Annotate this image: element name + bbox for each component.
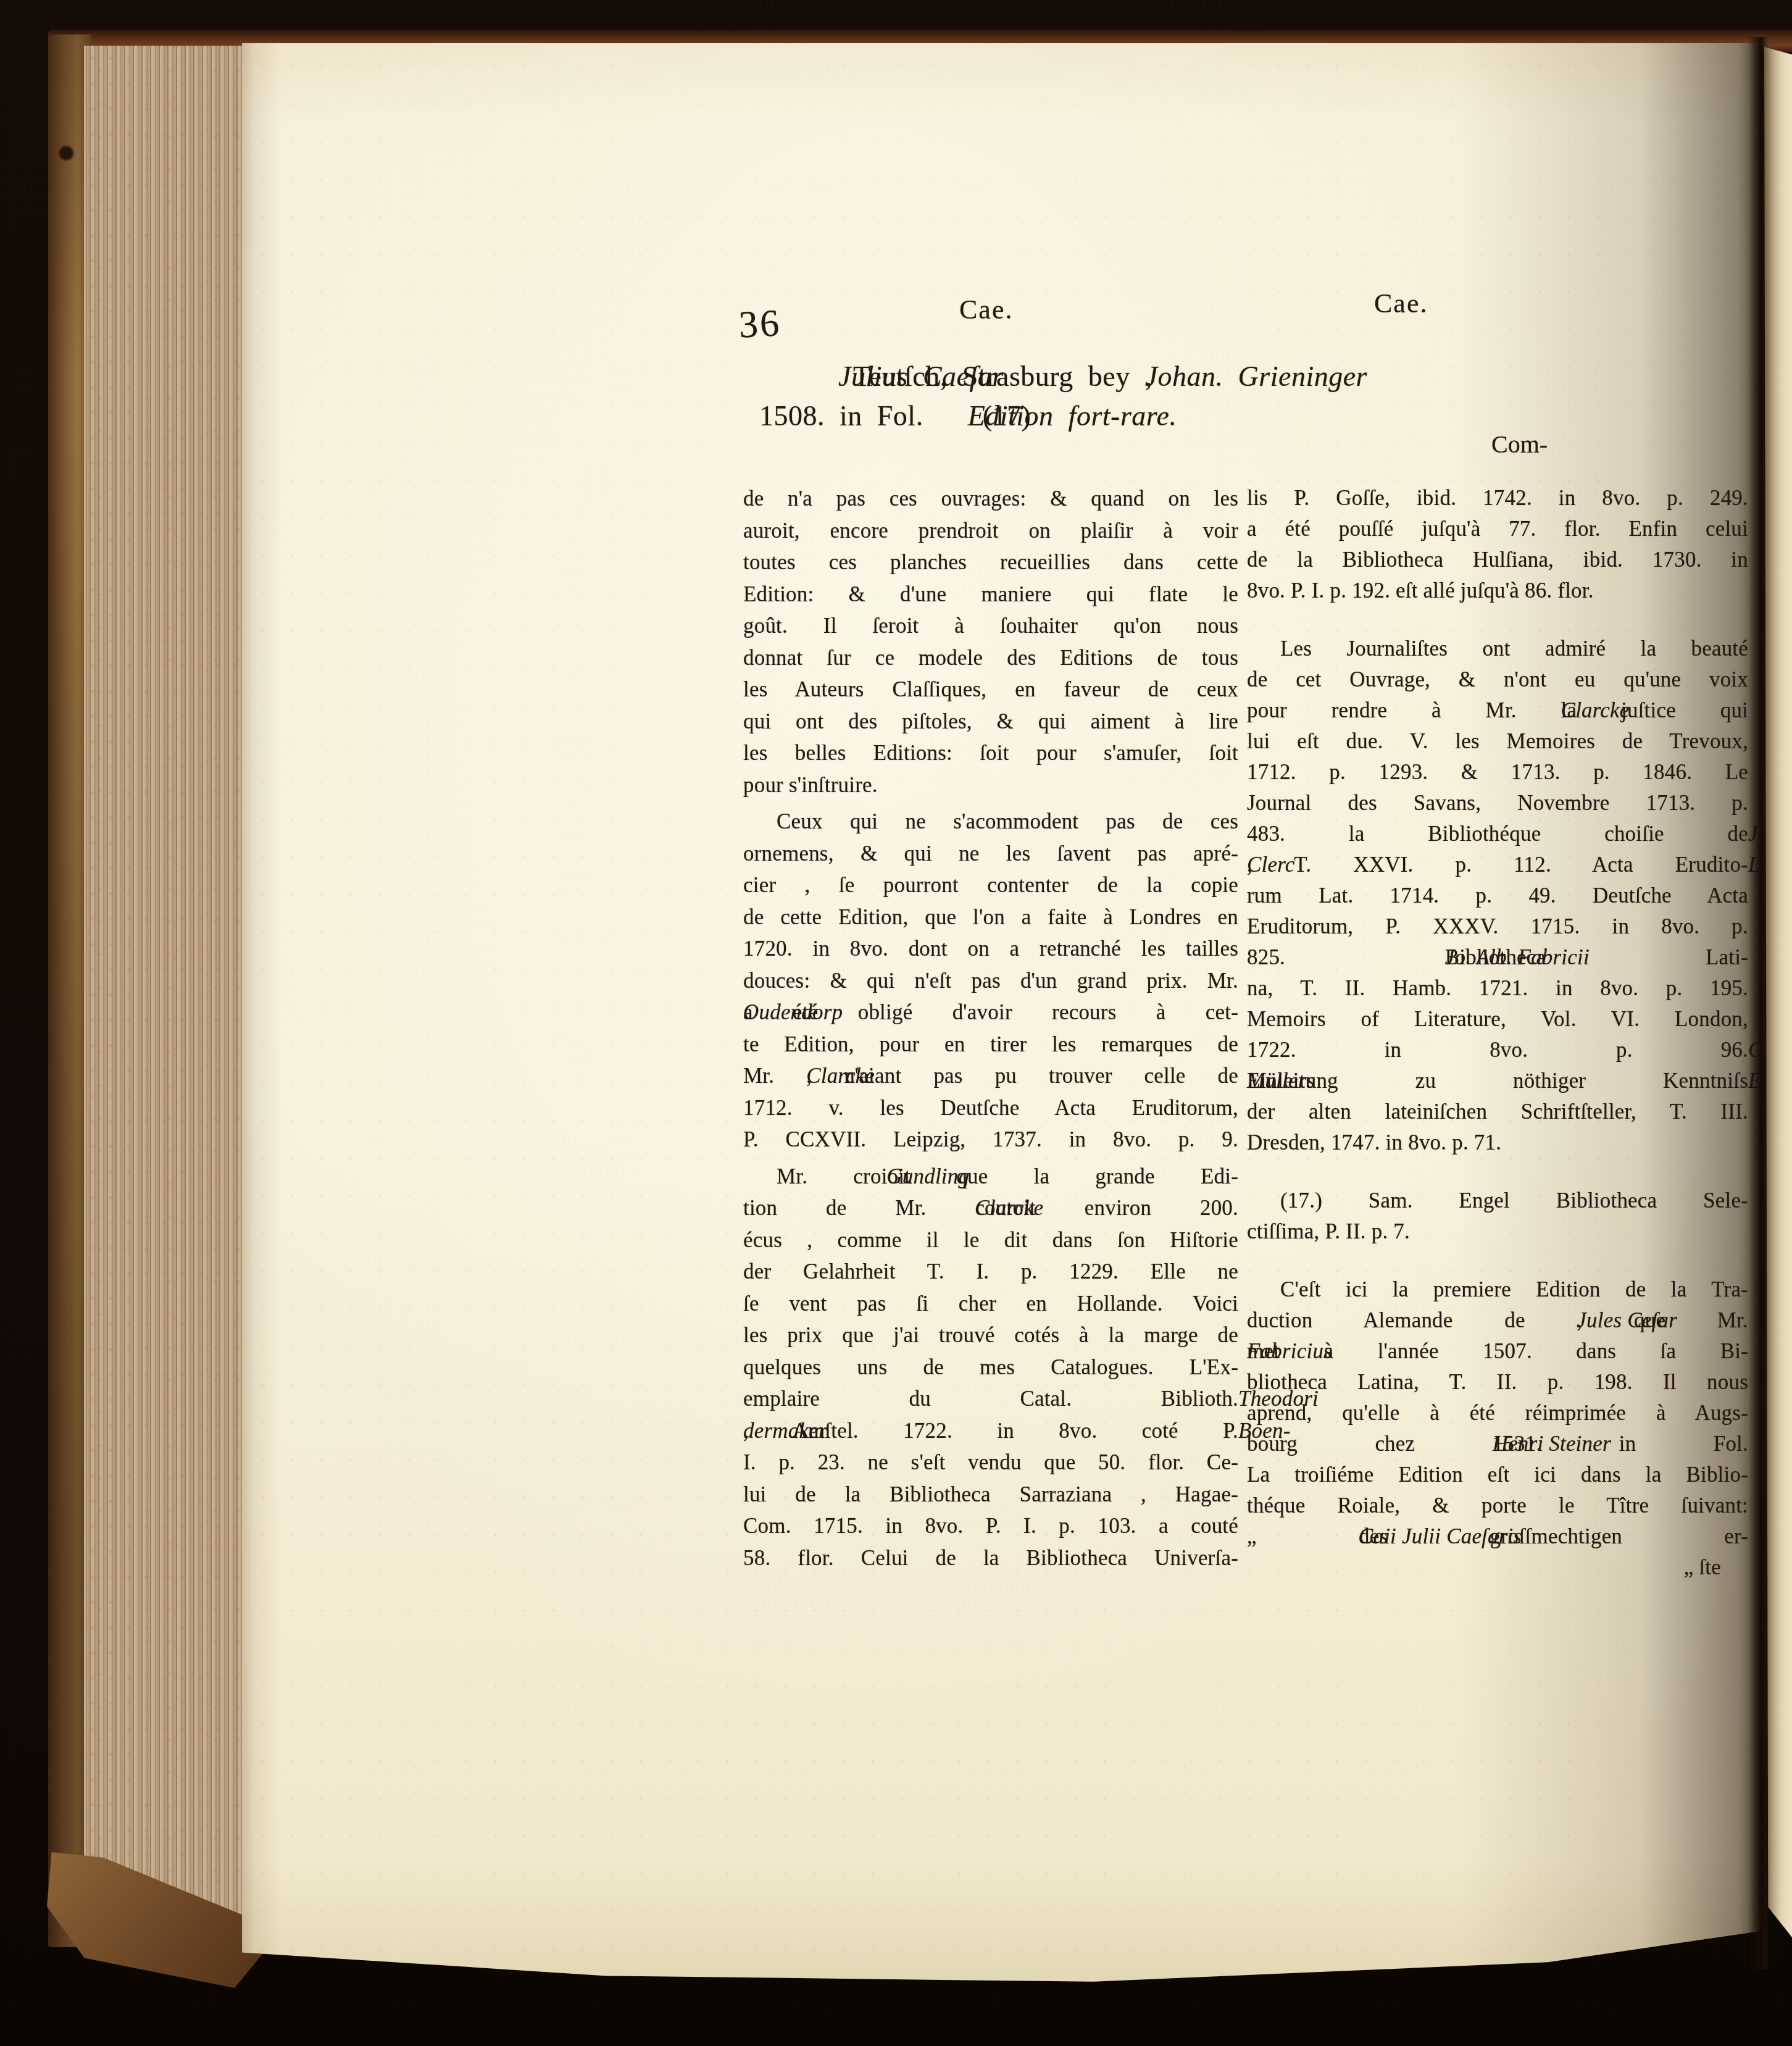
text-line: Memoirs of Literature, Vol. VI. London, [1247, 1004, 1748, 1035]
text-line: de n'a pas ces ouvrages: & quand on les [743, 483, 1238, 515]
entry-title-line-2: 1508. in Fol. Edition fort-rare. (17) [759, 396, 1792, 436]
entry-title-line-1: Julius Caeſar Teutſch, Strasburg bey Joh… [759, 357, 1792, 396]
text-line: bliotheca Latina, T. II. p. 198. Il nous [1247, 1367, 1748, 1398]
text-line: Journal des Savans, Novembre 1713. p. [1247, 788, 1748, 819]
text-line: a été pouſſé juſqu'à 77. flor. Enfin cel… [1247, 514, 1748, 545]
text-line: P. CCXVII. Leipzig, 1737. in 8vo. p. 9. [743, 1124, 1238, 1156]
text-line: Edition: & d'une maniere qui flate le [743, 578, 1238, 611]
text-line: lui eſt due. V. les Memoires de Trevoux, [1247, 726, 1748, 757]
text-line: Mr. Clarcke, n'aiant pas pu trouver cell… [743, 1060, 1238, 1092]
text-line: auroit, encore prendroit on plaiſir à vo… [743, 515, 1238, 547]
text-line: aprend, qu'elle à été réimprimée à Augs- [1247, 1398, 1748, 1429]
text-line: dermaker, Amſtel. 1722. in 8vo. coté P. [743, 1415, 1238, 1447]
text-line: pour s'inſtruire. [743, 769, 1238, 801]
text-line: 483. la Bibliothéque choiſie de Jean Le [1247, 819, 1748, 850]
text-line: toutes ces planches recueillies dans cet… [743, 546, 1238, 578]
text-line: rum Lat. 1714. p. 49. Deutſche Acta [1247, 880, 1748, 911]
text-line: quelques uns de mes Catalogues. L'Ex- [743, 1351, 1238, 1384]
text-line: 58. flor. Celui de la Bibliotheca Univer… [743, 1542, 1238, 1574]
text-column-left: de n'a pas ces ouvrages: & quand on lesa… [743, 483, 1238, 1574]
text-line: douces: & qui n'eſt pas d'un grand prix.… [743, 965, 1238, 997]
folio-number: 36 [738, 301, 782, 347]
text-line: duction Alemande de Jules Ceſar, que Mr. [1247, 1305, 1748, 1336]
page-stack-fore-edge [84, 46, 246, 1965]
text-line: les belles Editions: ſoit pour s'amuſer,… [743, 737, 1238, 769]
book-page: 36 Cae. Cae. Julius Caeſar Teutſch, Stra… [242, 43, 1761, 1995]
text-line: te Edition, pour en tirer les remarques … [743, 1029, 1238, 1061]
text-line: „ Caii Julii Caeſaris des groſſmechtigen… [1247, 1521, 1748, 1552]
text-line: lui de la Bibliotheca Sarraziana , Hagae… [743, 1479, 1238, 1511]
text-line: I. p. 23. ne s'eſt vendu que 50. flor. C… [743, 1447, 1238, 1479]
text-line: Dresden, 1747. in 8vo. p. 71. [1247, 1127, 1748, 1158]
running-head-right: Cae. [1374, 288, 1428, 319]
text-line: donnat ſur ce modele des Editions de tou… [743, 642, 1238, 674]
text-line: Fabricius met à l'année 1507. dans ſa Bi… [1247, 1336, 1748, 1367]
text-line: de la Bibliotheca Hulſiana, ibid. 1730. … [1247, 545, 1748, 575]
text-line: der alten lateiniſchen Schriftſteller, T… [1247, 1096, 1748, 1127]
text-line: (17.) Sam. Engel Bibliotheca Sele- [1247, 1185, 1748, 1216]
text-line: les Auteurs Claſſiques, en faveur de ceu… [743, 674, 1238, 706]
text-line: Müllers Einleitung zu nöthiger Kenntniſs [1247, 1066, 1748, 1096]
text-line: qui ont des piſtoles, & qui aiment à lir… [743, 706, 1238, 738]
text-line: 1712. v. les Deutſche Acta Eruditorum, [743, 1092, 1238, 1124]
text-line: Clerc, T. XXVI. p. 112. Acta Erudito- [1247, 850, 1748, 880]
text-line: der Gelahrheit T. I. p. 1229. Elle ne [743, 1256, 1238, 1288]
facing-page-edge [1764, 47, 1792, 1937]
text-line: Ceux qui ne s'acommodent pas de ces [743, 806, 1238, 838]
text-line: Oudendorp a été obligé d'avoir recours à… [743, 996, 1238, 1029]
text-line: 825. Jo. Alb. Fabricii Bibliotheca Lati- [1247, 942, 1748, 973]
text-line: 1720. in 8vo. dont on a retranché les ta… [743, 933, 1238, 965]
text-line: écus , comme il le dit dans ſon Hiſtorie [743, 1224, 1238, 1256]
text-line: 8vo. P. I. p. 192. eſt allé juſqu'à 86. … [1247, 575, 1748, 606]
book-photograph: 36 Cae. Cae. Julius Caeſar Teutſch, Stra… [0, 0, 1792, 2046]
catchword-after-title: Com- [1491, 430, 1548, 459]
text-line: Les Journaliſtes ont admiré la beauté [1247, 633, 1748, 664]
text-line: les prix que j'ai trouvé cotés à la marg… [743, 1319, 1238, 1351]
running-head-left: Cae. [959, 294, 1013, 325]
text-line: théque Roiale, & porte le Tître ſuivant: [1247, 1490, 1748, 1521]
text-line: ornemens, & qui ne les ſavent pas apré- [743, 838, 1238, 870]
text-line: Mr. Gundling croioit que la grande Edi- [743, 1161, 1238, 1193]
text-line: de cette Edition, que l'on a faite à Lon… [743, 901, 1238, 933]
text-line: emplaire du Catal. Biblioth. Theodori Bo… [743, 1383, 1238, 1415]
text-column-right: lis P. Goſſe, ibid. 1742. in 8vo. p. 249… [1247, 483, 1748, 1583]
entry-title: Julius Caeſar Teutſch, Strasburg bey Joh… [759, 357, 1792, 436]
text-line: Com. 1715. in 8vo. P. I. p. 103. a couté [743, 1510, 1238, 1542]
text-line: pour rendre à Mr. Clarcke la juſtice qui [1247, 695, 1748, 726]
text-line: 1712. p. 1293. & 1713. p. 1846. Le [1247, 757, 1748, 788]
text-line: lis P. Goſſe, ibid. 1742. in 8vo. p. 249… [1247, 483, 1748, 514]
text-line: ſe vent pas ſi cher en Hollande. Voici [743, 1288, 1238, 1320]
text-line: goût. Il ſeroit à ſouhaiter qu'on nous [743, 610, 1238, 642]
text-line: bourg chez Henri Steiner 1531. in Fol. [1247, 1429, 1748, 1459]
text-line: „ ſte [1247, 1552, 1748, 1583]
text-line: C'eſt ici la premiere Edition de la Tra- [1247, 1274, 1748, 1305]
text-line: tion de Mr. Clarcke coutoit environ 200. [743, 1192, 1238, 1224]
text-line: cier , ſe pourront contenter de la copie [743, 869, 1238, 901]
text-line: 1722. in 8vo. p. 96. Gottfried Ephraim [1247, 1035, 1748, 1066]
text-line: ctiſſima, P. II. p. 7. [1247, 1216, 1748, 1247]
text-line: Eruditorum, P. XXXV. 1715. in 8vo. p. [1247, 911, 1748, 942]
text-line: na, T. II. Hamb. 1721. in 8vo. p. 195. [1247, 973, 1748, 1004]
text-line: La troiſiéme Edition eſt ici dans la Bib… [1247, 1459, 1748, 1490]
text-line: de cet Ouvrage, & n'ont eu qu'une voix [1247, 664, 1748, 695]
